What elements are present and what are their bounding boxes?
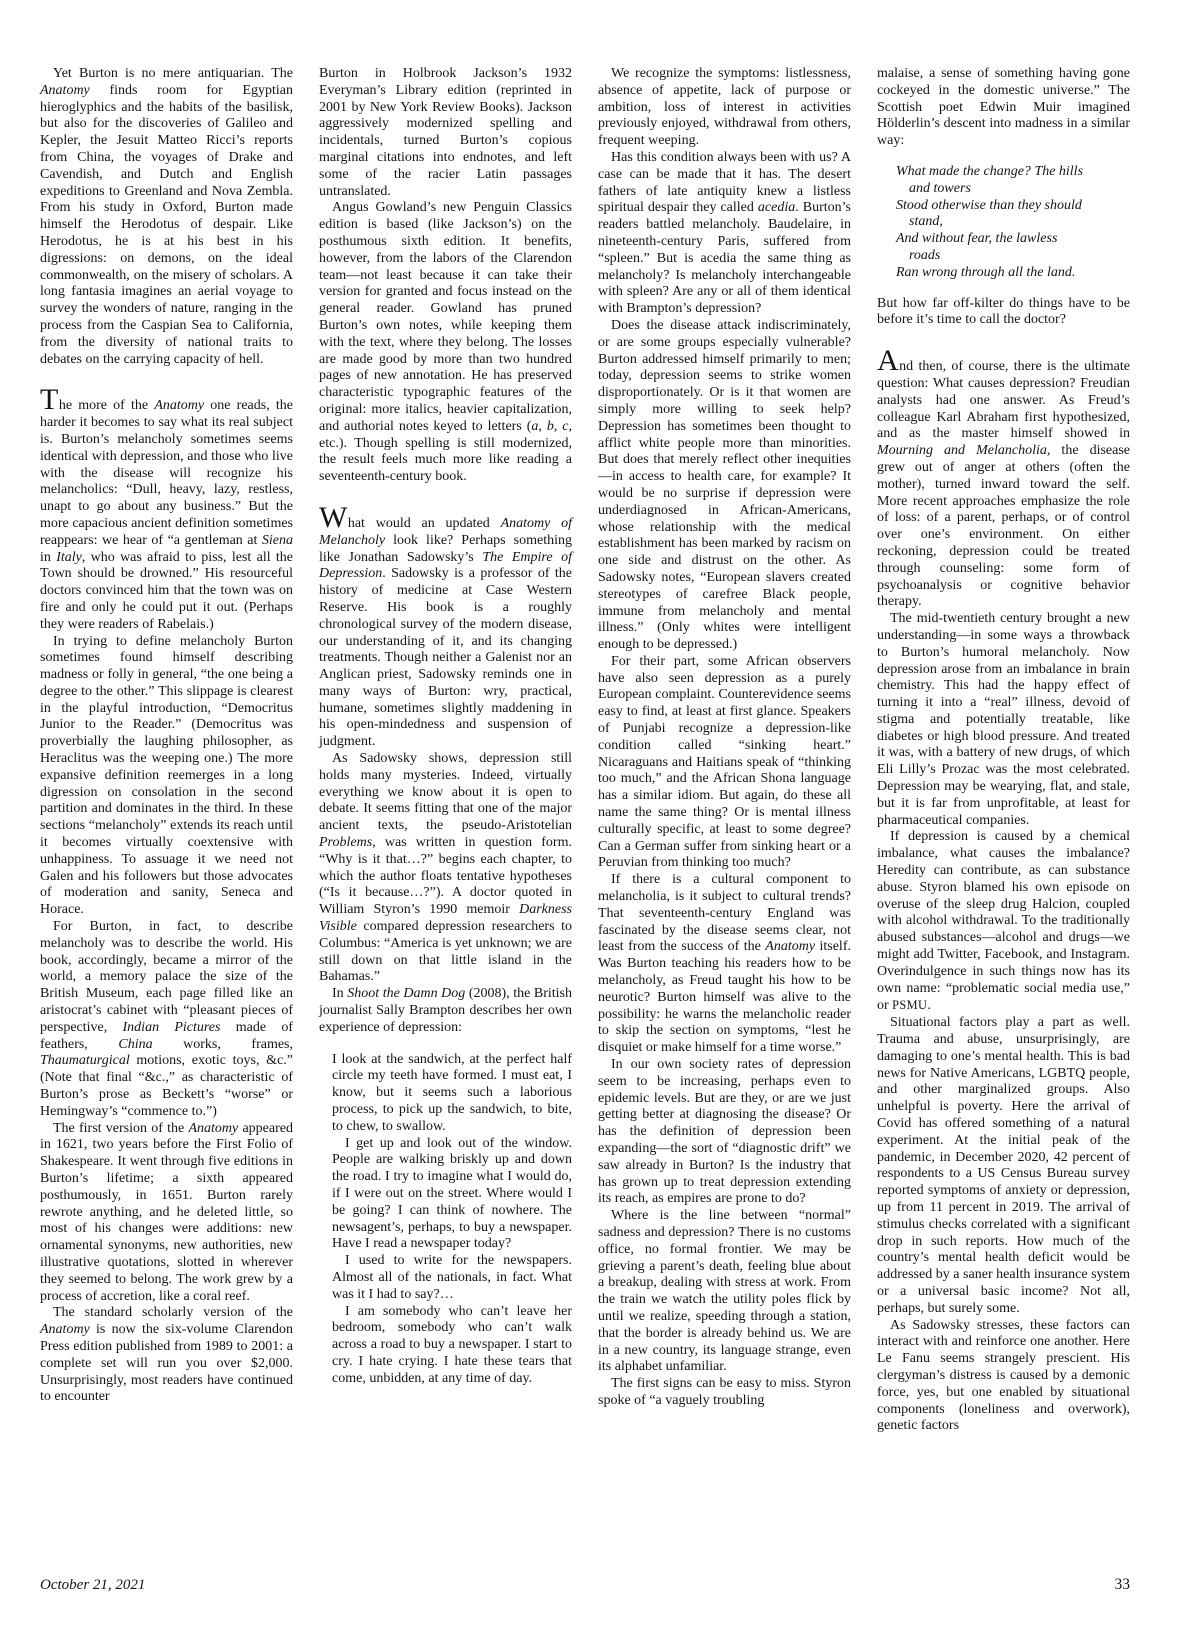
text-column: We recognize the symptoms: listlessness,… [598,66,851,1435]
verse-line: And without fear, the lawless [896,231,1130,248]
paragraph: Angus Gowland’s new Penguin Classics edi… [319,200,572,486]
paragraph: As Sadowsky shows, depression still hold… [319,751,572,986]
text-column: Burton in Holbrook Jackson’s 1932 Everym… [319,66,572,1435]
block-quote: I look at the sandwich, at the perfect h… [332,1052,572,1388]
verse-line: stand, [896,214,1130,231]
paragraph: In our own society rates of depression s… [598,1057,851,1208]
paragraph: We recognize the symptoms: listlessness,… [598,66,851,150]
paragraph: As Sadowsky stresses, these factors can … [877,1318,1130,1436]
paragraph: But how far off-kilter do things have to… [877,296,1130,330]
verse-line: Stood otherwise than they should [896,198,1130,215]
paragraph: If there is a cultural component to mela… [598,872,851,1057]
verse-line: Ran wrong through all the land. [896,265,1130,282]
raised-cap: W [319,501,348,534]
paragraph: The mid-twentieth century brought a new … [877,611,1130,829]
paragraph: malaise, a sense of something having gon… [877,66,1130,150]
verse-line: roads [896,248,1130,265]
paragraph: What would an updated Anatomy of Melanch… [319,516,572,751]
paragraph: If depression is caused by a chemical im… [877,829,1130,1015]
paragraph: Does the disease attack indiscriminately… [598,318,851,654]
quote-paragraph: I look at the sandwich, at the perfect h… [332,1052,572,1136]
paragraph: In trying to define melancholy Burton so… [40,634,293,920]
magazine-page: Yet Burton is no mere antiquarian. The A… [0,0,1200,1633]
text-column: Yet Burton is no mere antiquarian. The A… [40,66,293,1435]
paragraph: The more of the Anatomy one reads, the h… [40,398,293,633]
paragraph: Burton in Holbrook Jackson’s 1932 Everym… [319,66,572,200]
article-columns: Yet Burton is no mere antiquarian. The A… [40,66,1130,1435]
paragraph: For Burton, in fact, to describe melanch… [40,919,293,1121]
raised-cap: T [40,383,59,416]
quote-paragraph: I get up and look out of the window. Peo… [332,1136,572,1254]
paragraph: Where is the line between “normal” sadne… [598,1208,851,1376]
paragraph: Has this condition always been with us? … [598,150,851,318]
quote-paragraph: I used to write for the newspapers. Almo… [332,1253,572,1303]
verse-quote: What made the change? The hillsand tower… [896,164,1130,282]
text-column: malaise, a sense of something having gon… [877,66,1130,1435]
paragraph: And then, of course, there is the ultima… [877,359,1130,611]
paragraph: The standard scholarly version of the An… [40,1305,293,1406]
paragraph: The first version of the Anatomy appeare… [40,1121,293,1306]
paragraph: Yet Burton is no mere antiquarian. The A… [40,66,293,368]
paragraph: Situational factors play a part as well.… [877,1015,1130,1317]
verse-line: and towers [896,181,1130,198]
raised-cap: A [877,344,899,377]
paragraph: In Shoot the Damn Dog (2008), the Britis… [319,986,572,1036]
footer: October 21, 2021 33 [40,1576,1130,1594]
verse-line: What made the change? The hills [896,164,1130,181]
paragraph: For their part, some African observers h… [598,654,851,872]
paragraph: The first signs can be easy to miss. Sty… [598,1376,851,1410]
footer-date: October 21, 2021 [40,1577,145,1594]
page-number: 33 [1115,1576,1131,1594]
quote-paragraph: I am somebody who can’t leave her bedroo… [332,1304,572,1388]
